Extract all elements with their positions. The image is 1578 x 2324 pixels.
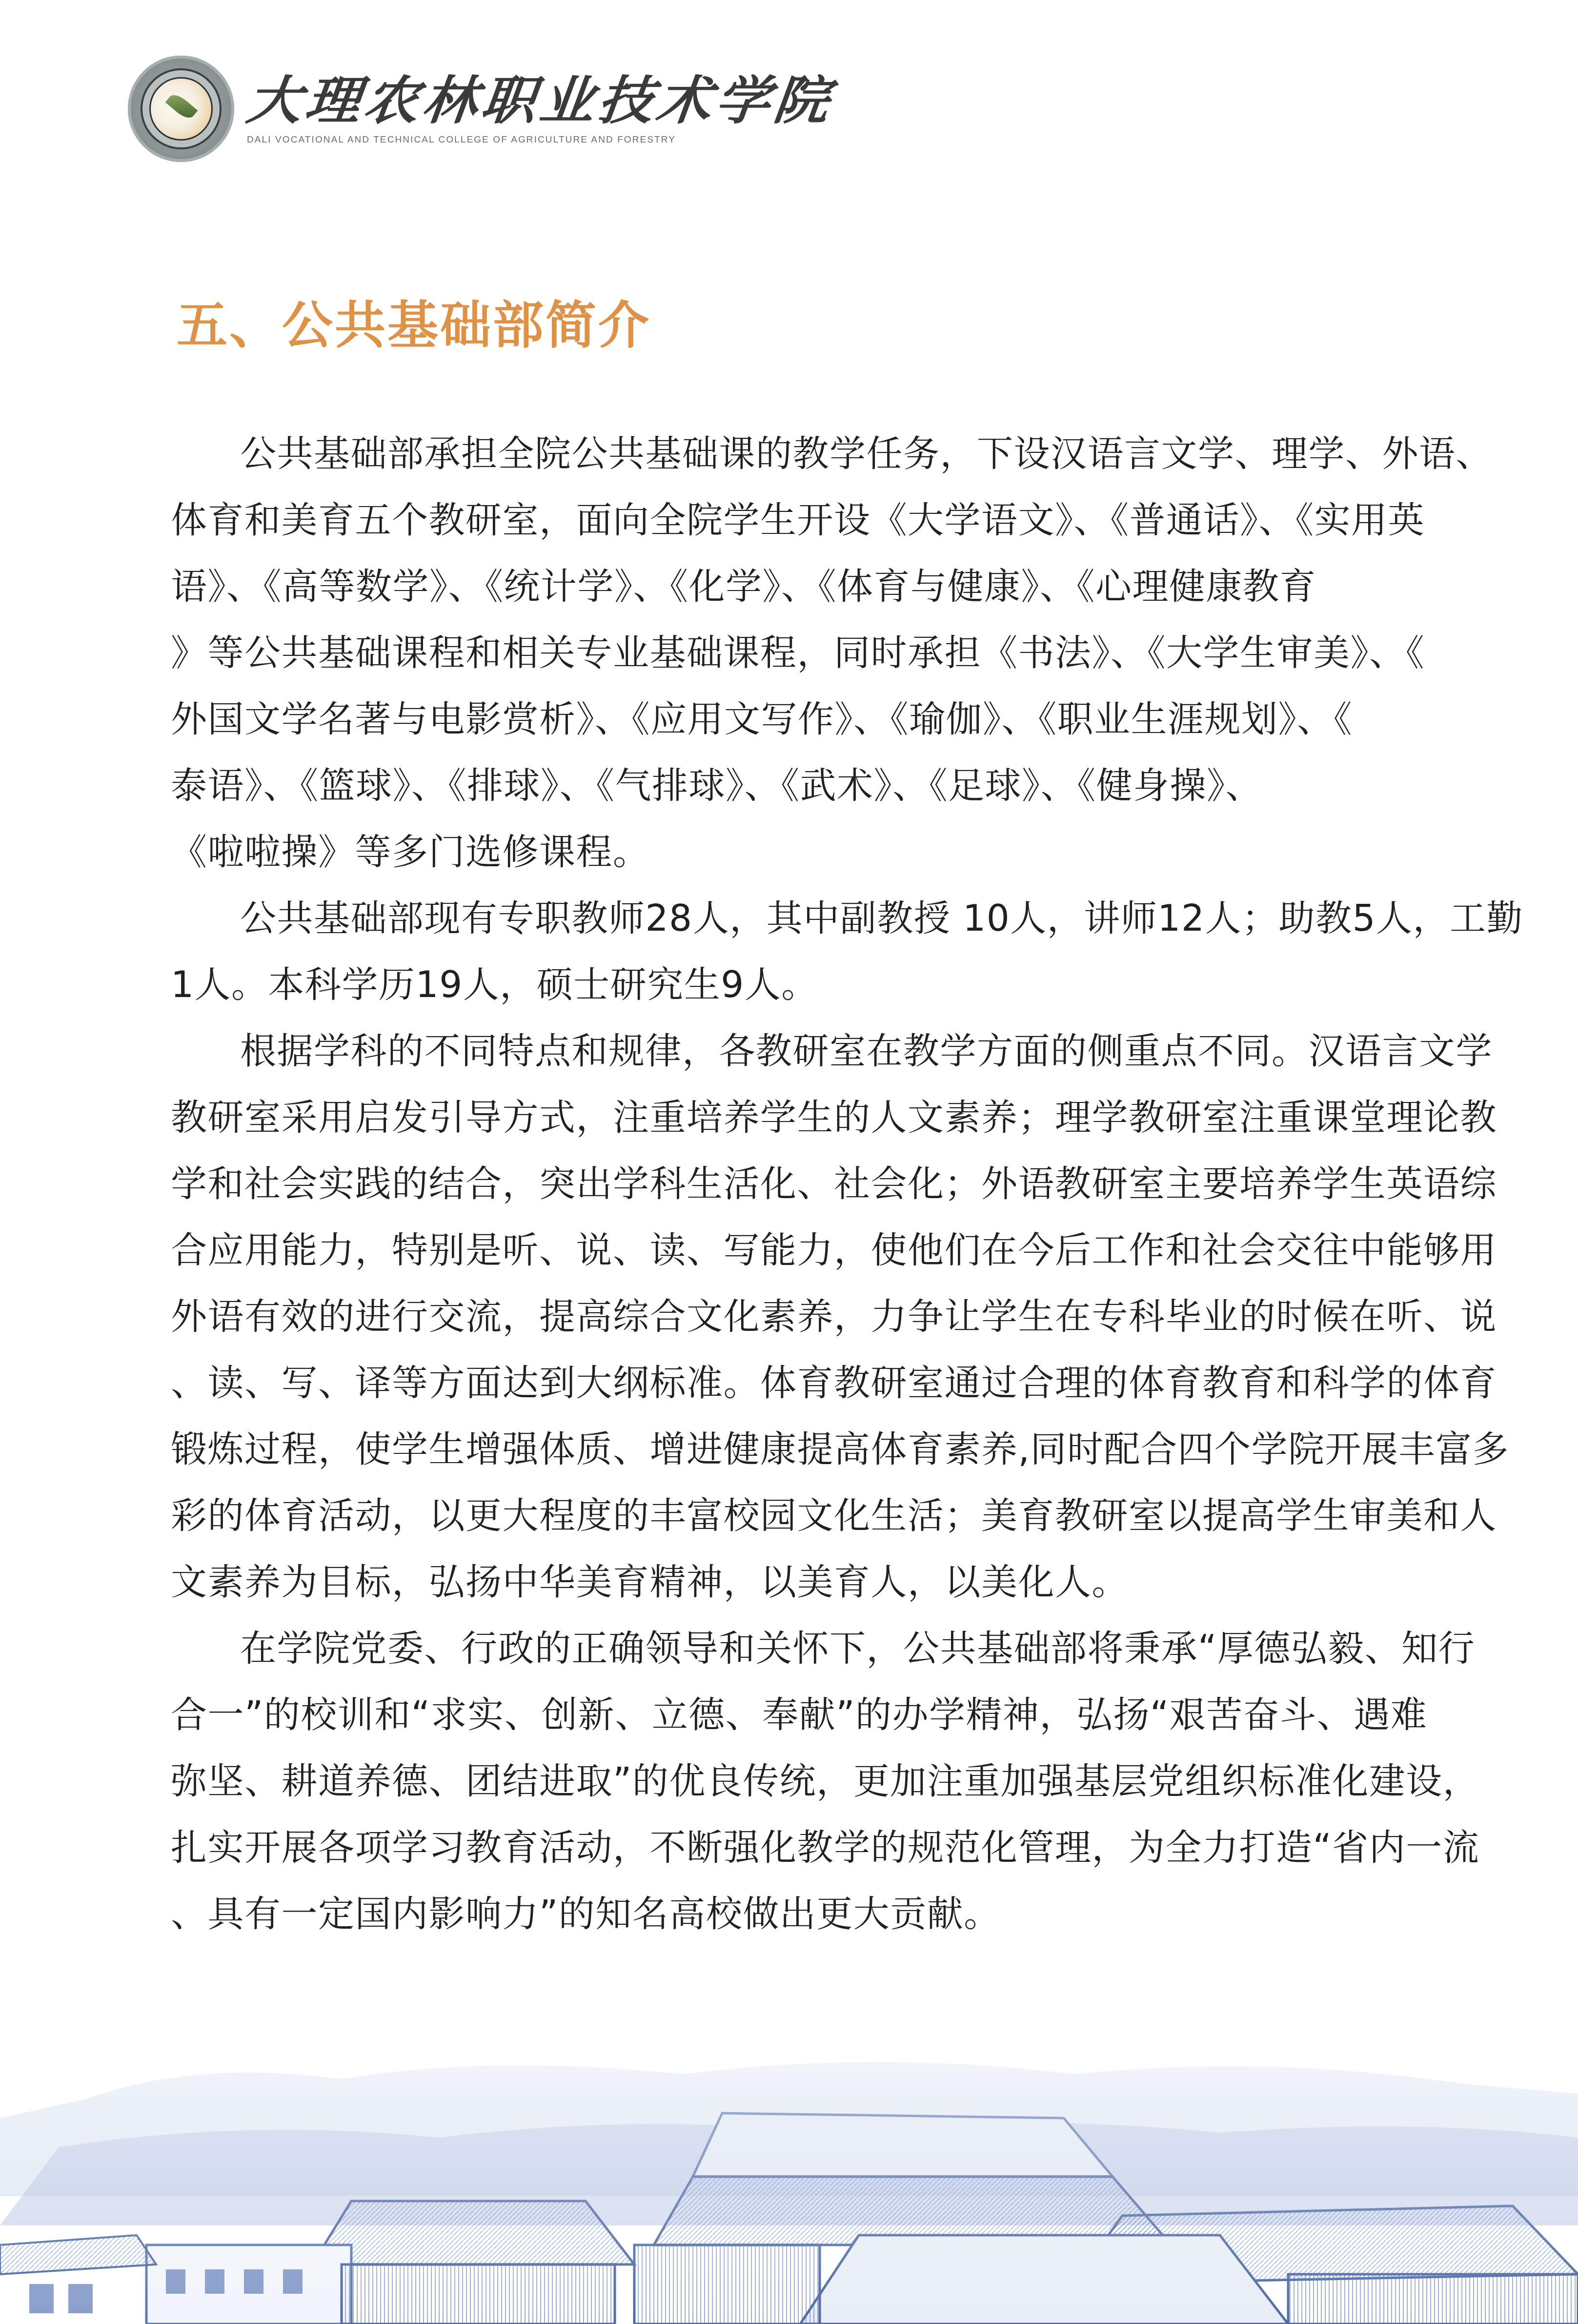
text-line: 、具有一定国内影响力”的知名高校做出更大贡献。 bbox=[171, 1881, 1488, 1947]
text-line: 扎实开展各项学习教育活动，不断强化教学的规范化管理，为全力打造“省内一流 bbox=[171, 1814, 1488, 1881]
text-line: 》等公共基础课程和相关专业基础课程，同时承担《书法》、《大学生审美》、《 bbox=[171, 620, 1488, 686]
paragraph-staff: 公共基础部现有专职教师28人，其中副教授 10人，讲师12人；助教5人，工勤 1… bbox=[171, 885, 1488, 1018]
text-line: 学和社会实践的结合，突出学科生活化、社会化；外语教研室主要培养学生英语综 bbox=[171, 1151, 1488, 1217]
text-line: 彩的体育活动，以更大程度的丰富校园文化生活；美育教研室以提高学生审美和人 bbox=[171, 1483, 1488, 1549]
text-line: 根据学科的不同特点和规律，各教研室在教学方面的侧重点不同。汉语言文学 bbox=[171, 1018, 1488, 1084]
text-line: 锻炼过程，使学生增强体质、增进健康提高体育素养,同时配合四个学院开展丰富多 bbox=[171, 1416, 1488, 1483]
text-line: 、读、写、译等方面达到大纲标准。体育教研室通过合理的体育教育和科学的体育 bbox=[171, 1350, 1488, 1416]
paragraph-teaching-focus: 根据学科的不同特点和规律，各教研室在教学方面的侧重点不同。汉语言文学 教研室采用… bbox=[171, 1018, 1488, 1615]
text-line: 公共基础部现有专职教师28人，其中副教授 10人，讲师12人；助教5人，工勤 bbox=[171, 885, 1488, 952]
paragraph-mission: 在学院党委、行政的正确领导和关怀下，公共基础部将秉承“厚德弘毅、知行 合一”的校… bbox=[171, 1615, 1488, 1947]
text-line: 泰语》、《篮球》、《排球》、《气排球》、《武术》、《足球》、《健身操》、 bbox=[171, 753, 1488, 819]
text-line: 弥坚、耕道养德、团结进取”的优良传统，更加注重加强基层党组织标准化建设， bbox=[171, 1748, 1488, 1814]
campus-rooftops-sketch-icon bbox=[0, 1972, 1578, 2324]
text-line: 合一”的校训和“求实、创新、立德、奉献”的办学精神，弘扬“艰苦奋斗、遇难 bbox=[171, 1682, 1488, 1748]
section-title: 五、公共基础部简介 bbox=[177, 294, 651, 357]
text-line: 语》、《高等数学》、《统计学》、《化学》、《体育与健康》、《心理健康教育 bbox=[171, 553, 1488, 620]
text-line: 教研室采用启发引导方式，注重培养学生的人文素养；理学教研室注重课堂理论教 bbox=[171, 1084, 1488, 1151]
leaf-icon bbox=[165, 91, 198, 122]
college-emblem-icon bbox=[128, 56, 234, 162]
college-name-cn: 大理农林职业技术学院 bbox=[244, 74, 835, 128]
text-line: 在学院党委、行政的正确领导和关怀下，公共基础部将秉承“厚德弘毅、知行 bbox=[171, 1615, 1488, 1682]
text-line: 文素养为目标，弘扬中华美育精神，以美育人，以美化人。 bbox=[171, 1549, 1488, 1615]
text-line: 公共基础部承担全院公共基础课的教学任务，下设汉语言文学、理学、外语、 bbox=[171, 421, 1488, 487]
text-line: 合应用能力，特别是听、说、读、写能力，使他们在今后工作和社会交往中能够用 bbox=[171, 1217, 1488, 1284]
section-body: 公共基础部承担全院公共基础课的教学任务，下设汉语言文学、理学、外语、 体育和美育… bbox=[171, 421, 1488, 1947]
page-header: 大理农林职业技术学院 DALI VOCATIONAL AND TECHNICAL… bbox=[128, 55, 832, 163]
text-line: 体育和美育五个教研室，面向全院学生开设《大学语文》、《普通话》、《实用英 bbox=[171, 487, 1488, 553]
text-line: 1人。本科学历19人，硕士研究生9人。 bbox=[171, 952, 1488, 1018]
college-name-en: DALI VOCATIONAL AND TECHNICAL COLLEGE OF… bbox=[247, 135, 832, 145]
emblem-inner bbox=[149, 77, 213, 141]
text-line: 外语有效的进行交流，提高综合文化素养，力争让学生在专科毕业的时候在听、说 bbox=[171, 1284, 1488, 1350]
college-wordmark: 大理农林职业技术学院 DALI VOCATIONAL AND TECHNICAL… bbox=[247, 72, 832, 145]
text-line: 外国文学名著与电影赏析》、《应用文写作》、《瑜伽》、《职业生涯规划》、《 bbox=[171, 686, 1488, 753]
paragraph-courses: 公共基础部承担全院公共基础课的教学任务，下设汉语言文学、理学、外语、 体育和美育… bbox=[171, 421, 1488, 885]
text-line: 《啦啦操》等多门选修课程。 bbox=[171, 819, 1488, 885]
